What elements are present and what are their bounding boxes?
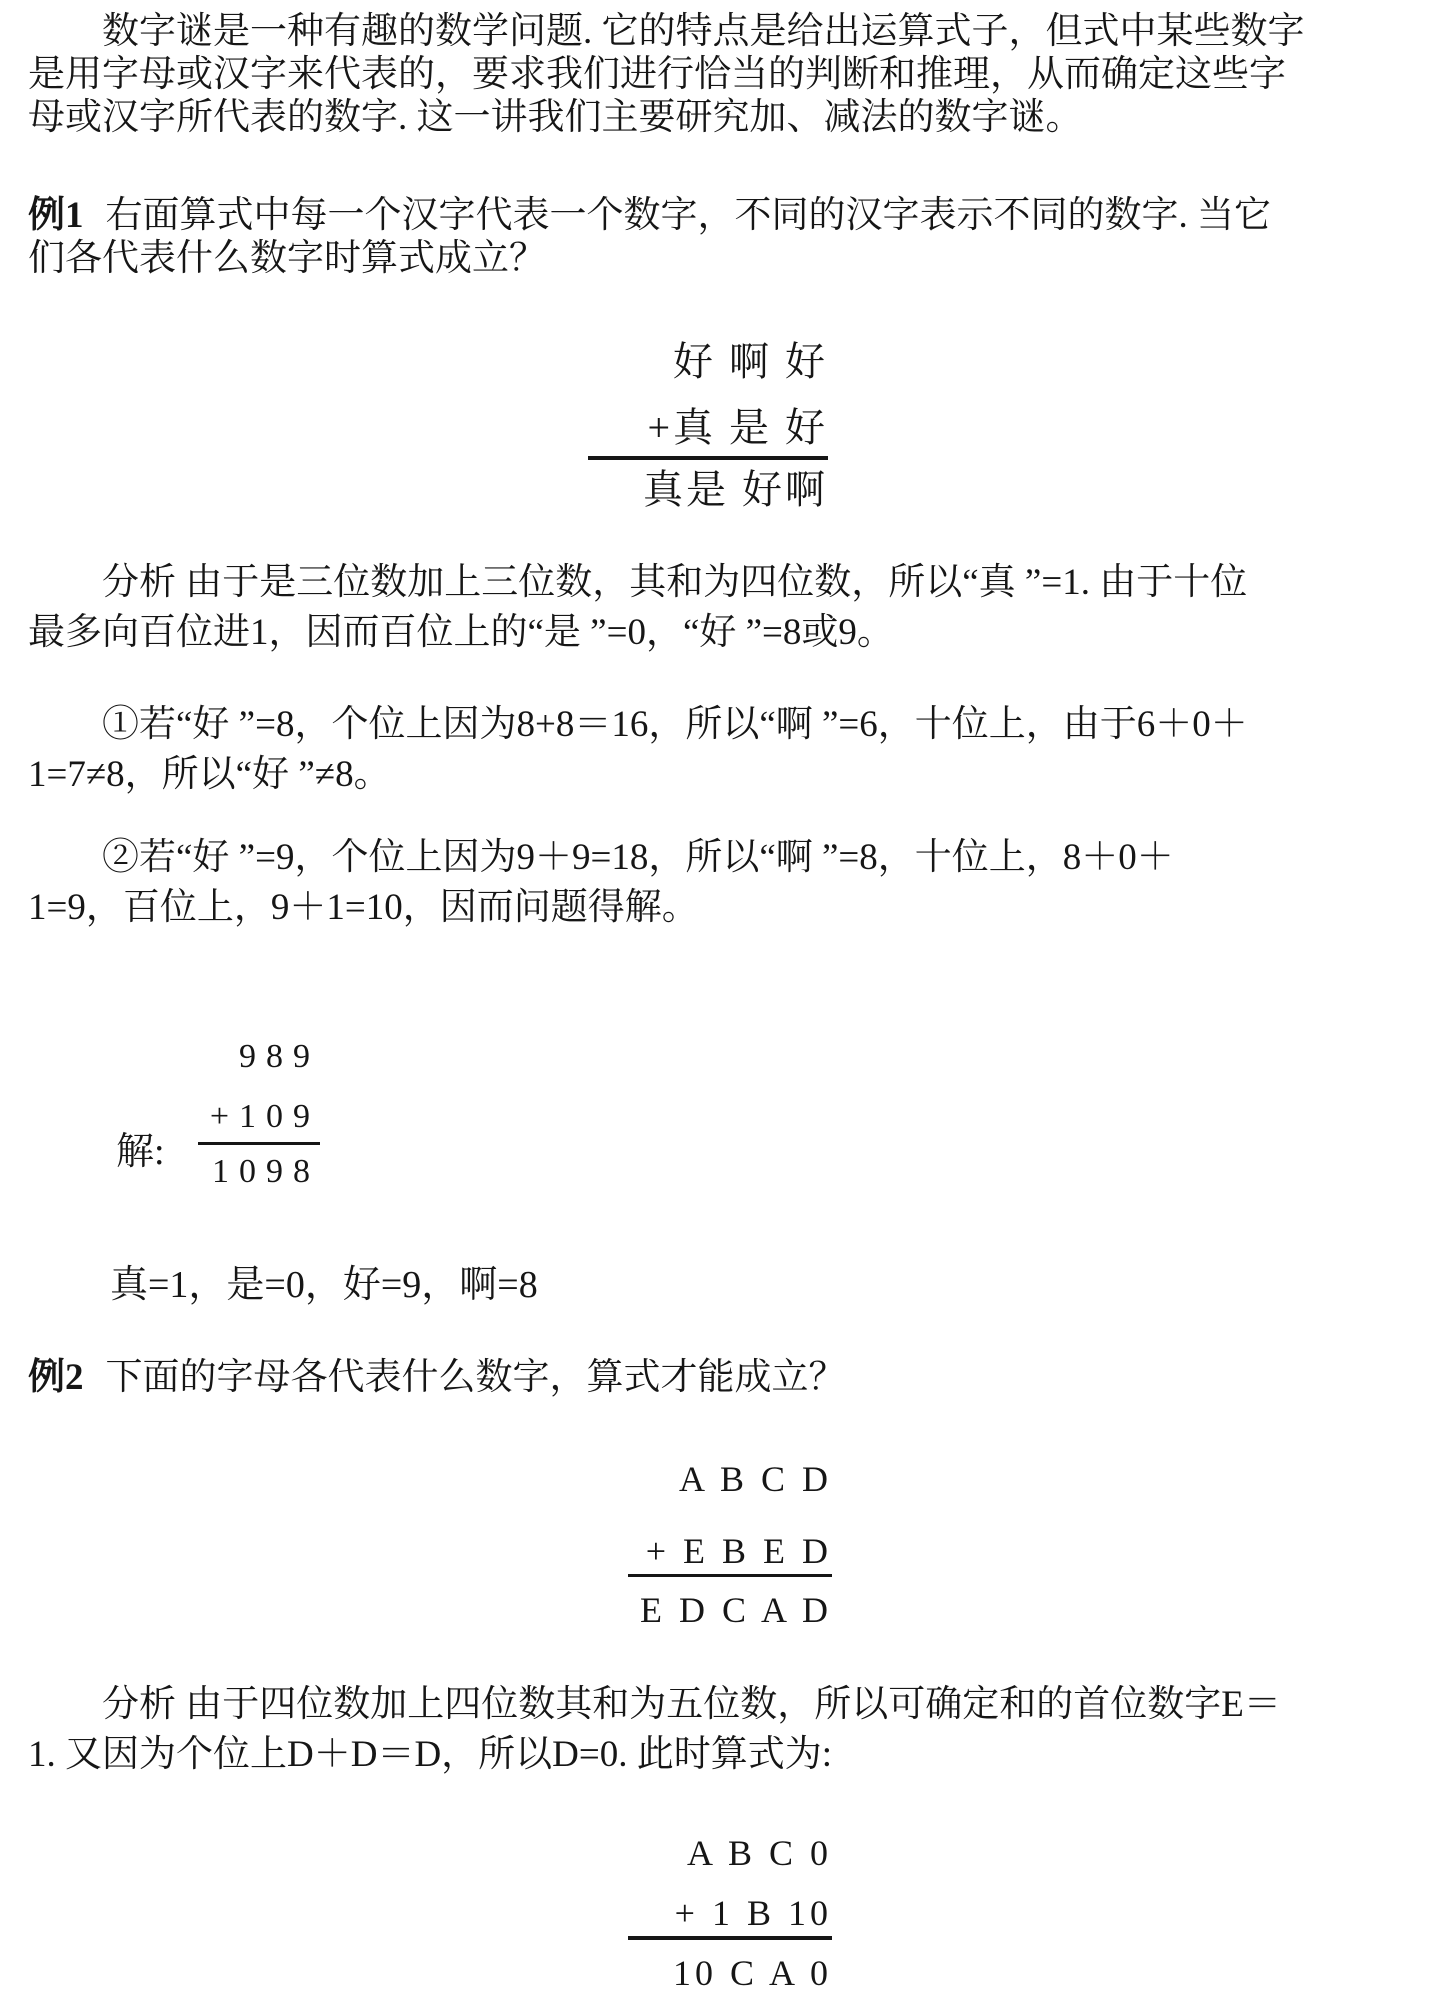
- example2-heading: 例2下面的字母各代表什么数字，算式才能成立？: [28, 1356, 1432, 1399]
- puzzle3-sum: 10 C A 0: [628, 1936, 832, 1996]
- puzzle2-sum: E D C A D: [628, 1574, 832, 1633]
- puzzle1-addend1: 好 啊 好: [588, 338, 828, 386]
- example2-text-1: 下面的字母各代表什么数字，算式才能成立？: [106, 1357, 846, 1398]
- intro-paragraph: 数字谜是一种有趣的数学问题. 它的特点是给出运算式子，但式中某些数字 是用字母或…: [28, 10, 1432, 139]
- case1-line-2: 1=7≠8，所以“好 ”≠8。: [28, 750, 1432, 800]
- solution-label: 解:: [116, 1120, 165, 1175]
- puzzle3-vertical-addition: A B C 0 + 1 B 10 10 C A 0: [628, 1830, 832, 1996]
- answer-line: 真=1，是=0，好=9，啊=8: [110, 1262, 538, 1308]
- puzzle1-vertical-addition: 好 啊 好 +真 是 好 真是 好啊: [588, 338, 828, 514]
- puzzle2-vertical-addition: A B C D + E B E D E D C A D: [628, 1456, 832, 1633]
- case2-line-2: 1=9，百位上，9＋1=10，因而问题得解。: [28, 883, 1432, 933]
- intro-line-2: 是用字母或汉字来代表的，要求我们进行恰当的判断和推理，从而确定这些字: [28, 53, 1432, 96]
- example1-heading: 例1右面算式中每一个汉字代表一个数字，不同的汉字表示不同的数字. 当它 们各代表…: [28, 194, 1432, 280]
- example1-label: 例1: [28, 195, 84, 236]
- example2-heading-line-1: 例2下面的字母各代表什么数字，算式才能成立？: [28, 1356, 1432, 1399]
- solution-addend1: 989: [198, 1038, 320, 1076]
- example2-label: 例2: [28, 1357, 84, 1398]
- analysis2-line-2: 1. 又因为个位上D＋D＝D，所以D=0. 此时算式为:: [28, 1730, 1432, 1780]
- puzzle2-addend2: + E B E D: [628, 1528, 832, 1574]
- analysis1-line-1: 分析 由于是三位数加上三位数，其和为四位数，所以“真 ”=1. 由于十位: [28, 558, 1432, 608]
- analysis1-paragraph: 分析 由于是三位数加上三位数，其和为四位数，所以“真 ”=1. 由于十位 最多向…: [28, 558, 1432, 658]
- puzzle3-addend2: + 1 B 10: [628, 1890, 832, 1936]
- analysis2-paragraph: 分析 由于四位数加上四位数其和为五位数，所以可确定和的首位数字E＝ 1. 又因为…: [28, 1680, 1432, 1780]
- intro-line-3: 母或汉字所代表的数字. 这一讲我们主要研究加、减法的数字谜。: [28, 96, 1432, 139]
- puzzle3-addend1: A B C 0: [628, 1830, 832, 1876]
- analysis1-line-2: 最多向百位进1，因而百位上的“是 ”=0，“好 ”=8或9。: [28, 608, 1432, 658]
- document-page: 数字谜是一种有趣的数学问题. 它的特点是给出运算式子，但式中某些数字 是用字母或…: [0, 0, 1444, 1998]
- puzzle1-addend2: +真 是 好: [588, 404, 828, 452]
- solution-addend2: +109: [198, 1098, 320, 1136]
- solution-vertical-addition: 989 +109 1098: [198, 1038, 320, 1191]
- solution-sum: 1098: [198, 1142, 320, 1191]
- example1-text-1: 右面算式中每一个汉字代表一个数字，不同的汉字表示不同的数字. 当它: [106, 195, 1272, 236]
- case1-line-1: ①若“好 ”=8，个位上因为8+8＝16，所以“啊 ”=6，十位上，由于6＋0＋: [28, 700, 1432, 750]
- case2-paragraph: ②若“好 ”=9，个位上因为9＋9=18，所以“啊 ”=8，十位上，8＋0＋ 1…: [28, 833, 1432, 933]
- intro-line-1: 数字谜是一种有趣的数学问题. 它的特点是给出运算式子，但式中某些数字: [28, 10, 1432, 53]
- example1-heading-line-1: 例1右面算式中每一个汉字代表一个数字，不同的汉字表示不同的数字. 当它: [28, 194, 1432, 237]
- example1-text-2: 们各代表什么数字时算式成立？: [28, 237, 1432, 280]
- puzzle1-sum: 真是 好啊: [588, 456, 828, 514]
- case1-paragraph: ①若“好 ”=8，个位上因为8+8＝16，所以“啊 ”=6，十位上，由于6＋0＋…: [28, 700, 1432, 800]
- puzzle2-addend1: A B C D: [628, 1456, 832, 1502]
- case2-line-1: ②若“好 ”=9，个位上因为9＋9=18，所以“啊 ”=8，十位上，8＋0＋: [28, 833, 1432, 883]
- analysis2-line-1: 分析 由于四位数加上四位数其和为五位数，所以可确定和的首位数字E＝: [28, 1680, 1432, 1730]
